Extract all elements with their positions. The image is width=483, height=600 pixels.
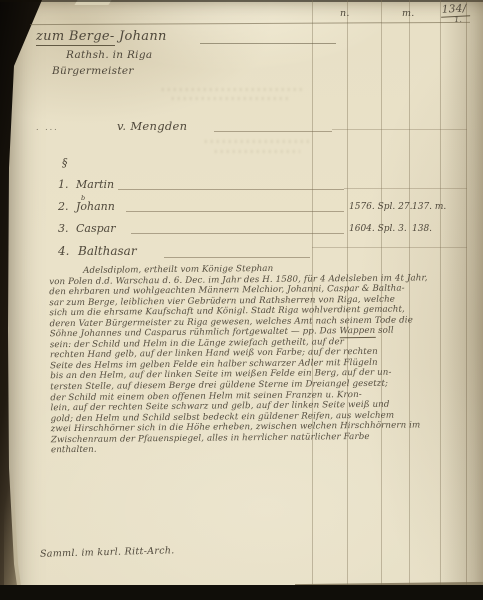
ink-bleedthrough [162, 88, 302, 91]
date-reference: 1604. Spl. 3. [349, 224, 407, 234]
child-name: Caspar [76, 222, 115, 235]
diploma-text: Adelsdiplom, ertheilt vom Könige Stephan… [49, 262, 477, 456]
row-rule [344, 188, 467, 189]
section-sign: § [62, 156, 68, 169]
entry-dash [118, 189, 344, 190]
family-forename: Johann [119, 29, 167, 44]
page-reference: 137. m. [412, 202, 446, 212]
child-name: Balthasar [78, 244, 137, 258]
child-row-johann: 2. Johann b 1576. Spl. 27. 137. m. [0, 200, 483, 215]
mother-family-name: v. Mengden [117, 119, 187, 133]
child-name: Martin [76, 178, 114, 191]
child-number: 3. [58, 222, 69, 235]
entry-dash [164, 257, 310, 258]
bottom-background [0, 585, 483, 600]
wappen-post: soll [375, 326, 394, 336]
child-row-caspar: 3. Caspar 1604. Spl. 3. 138. [0, 222, 483, 237]
page-number: 134/ 1. [440, 2, 470, 24]
entry-dash [214, 131, 332, 132]
top-edge-shadow [0, 0, 483, 2]
column-label-n: n. [340, 8, 350, 19]
office-line-1: Rathsh. in Riga [66, 49, 152, 61]
child-number: 1. [58, 178, 69, 191]
header-dash [200, 43, 336, 44]
reference-dots: . ... [36, 123, 59, 132]
page-reference: 138. [412, 224, 432, 234]
ink-bleedthrough [215, 150, 300, 153]
entry-dash [131, 233, 344, 234]
child-number: 4. [58, 244, 69, 258]
annotation-mark: b [81, 194, 85, 202]
row-rule [332, 129, 467, 130]
wappen-word-underlined: Wappen [339, 326, 375, 338]
ink-bleedthrough [205, 140, 310, 143]
date-reference: 1576. Spl. 27. [349, 202, 412, 212]
child-number: 2. [58, 200, 69, 213]
ink-bleedthrough [172, 97, 292, 100]
row-rule [312, 247, 467, 248]
child-row-martin: 1. Martin [0, 178, 483, 193]
scanned-ledger-page: n. m. 134/ 1. zum Berge- Johann Rathsh. … [0, 0, 483, 600]
family-header: zum Berge- Johann [36, 29, 167, 44]
column-label-m: m. [402, 8, 415, 19]
family-surname: zum Berge- [36, 29, 115, 46]
entry-dash [126, 211, 344, 212]
office-line-2: Bürgermeister [52, 65, 134, 77]
